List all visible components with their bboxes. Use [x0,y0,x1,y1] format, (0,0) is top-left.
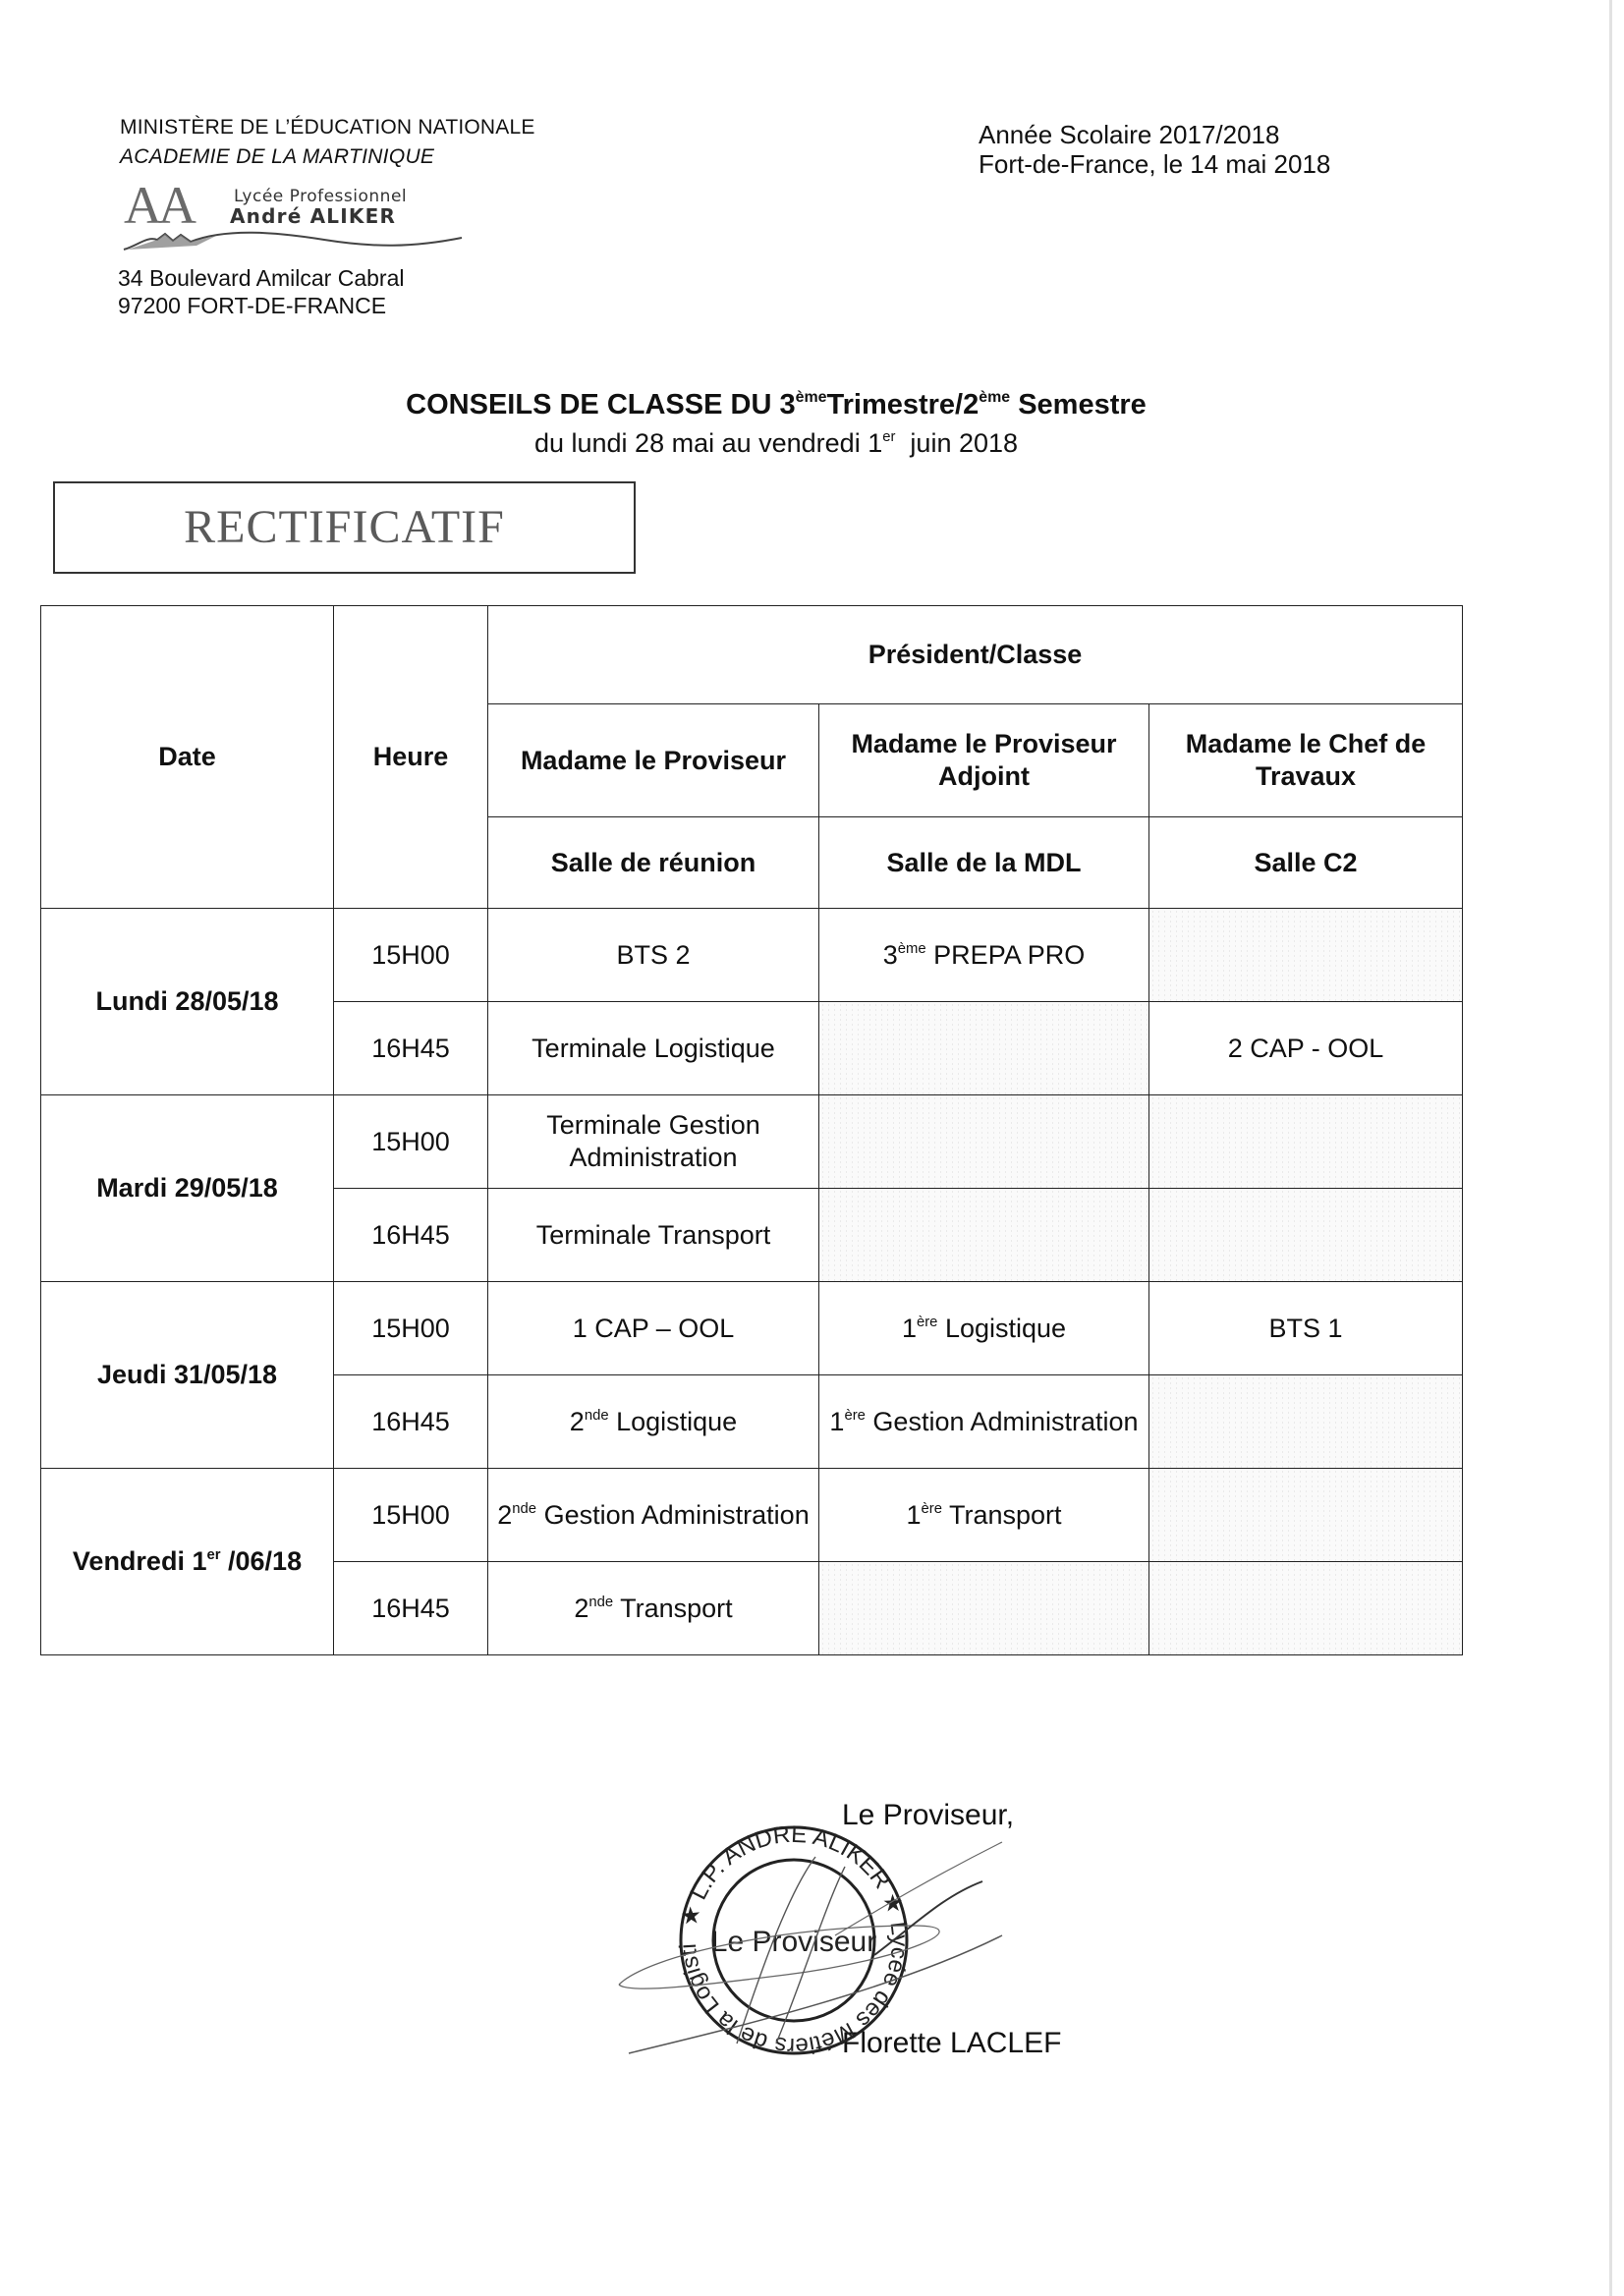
document-title: CONSEILS DE CLASSE DU 3èmeTrimestre/2ème… [0,389,1552,421]
empty-class-cell [819,1562,1149,1655]
empty-class-cell [1149,1375,1463,1469]
rectificatif-box: RECTIFICATIF [53,481,636,574]
document-subtitle: du lundi 28 mai au vendredi 1er juin 201… [0,428,1552,459]
class-cell: BTS 2 [488,909,819,1002]
table-row: Jeudi 31/05/1815H001 CAP – OOL1ère Logis… [41,1282,1463,1375]
class-cell: 1ère Transport [819,1469,1149,1562]
day-cell: Jeudi 31/05/18 [41,1282,334,1469]
class-cell: Terminale Transport [488,1189,819,1282]
class-cell: 1ère Logistique [819,1282,1149,1375]
day-cell: Mardi 29/05/18 [41,1095,334,1282]
class-cell: 1ère Gestion Administration [819,1375,1149,1469]
header-room-2: Salle de la MDL [819,817,1149,909]
class-cell: 2nde Gestion Administration [488,1469,819,1562]
class-cell: Terminale Logistique [488,1002,819,1095]
official-seal-icon: ★ L.P. ANDRE ALIKER ★ Lycée des Métiers … [589,1788,1061,2083]
class-cell: BTS 1 [1149,1282,1463,1375]
school-year: Année Scolaire 2017/2018 [979,120,1279,150]
table-header-row: Date Heure Président/Classe [41,606,1463,704]
time-cell: 16H45 [334,1375,488,1469]
empty-class-cell [1149,1562,1463,1655]
empty-class-cell [1149,909,1463,1002]
class-cell: 1 CAP – OOL [488,1282,819,1375]
empty-class-cell [1149,1469,1463,1562]
svg-text:★ L.P. ANDRE ALIKER ★ Lycée de: ★ L.P. ANDRE ALIKER ★ Lycée des Métiers … [589,1788,913,2059]
class-cell: Terminale Gestion Administration [488,1095,819,1189]
address-city: 97200 FORT-DE-FRANCE [118,293,386,319]
header-date: Date [41,606,334,909]
rectificatif-label: RECTIFICATIF [55,500,634,554]
seal-center-text: Le Proviseur [711,1926,876,1958]
header-president-classe: Président/Classe [488,606,1463,704]
scan-edge-artifact [1609,0,1612,2296]
schedule-table: Date Heure Président/Classe Madame le Pr… [40,605,1463,1655]
logo-line1: Lycée Professionnel [234,187,407,206]
class-cell: 2nde Transport [488,1562,819,1655]
school-logo: AA Lycée Professionnel André ALIKER [118,181,472,255]
header-heure: Heure [334,606,488,909]
time-cell: 16H45 [334,1189,488,1282]
empty-class-cell [1149,1189,1463,1282]
table-row: Mardi 29/05/1815H00Terminale Gestion Adm… [41,1095,1463,1189]
ministry-name: MINISTÈRE DE L’ÉDUCATION NATIONALE [120,116,535,140]
seal-outer-text: ★ L.P. ANDRE ALIKER ★ Lycée des Métiers … [589,1788,913,2059]
academy-name: ACADEMIE DE LA MARTINIQUE [120,145,434,169]
empty-class-cell [819,1002,1149,1095]
header-president-3: Madame le Chef de Travaux [1149,704,1463,817]
time-cell: 16H45 [334,1002,488,1095]
header-room-1: Salle de réunion [488,817,819,909]
empty-class-cell [1149,1095,1463,1189]
time-cell: 15H00 [334,1282,488,1375]
class-cell: 2 CAP - OOL [1149,1002,1463,1095]
table-row: Lundi 28/05/1815H00BTS 23ème PREPA PRO [41,909,1463,1002]
place-date: Fort-de-France, le 14 mai 2018 [979,149,1330,180]
time-cell: 15H00 [334,1469,488,1562]
time-cell: 15H00 [334,909,488,1002]
table-row: Vendredi 1er /06/1815H002nde Gestion Adm… [41,1469,1463,1562]
day-cell: Lundi 28/05/18 [41,909,334,1095]
class-cell: 2nde Logistique [488,1375,819,1469]
header-president-1: Madame le Proviseur [488,704,819,817]
header-room-3: Salle C2 [1149,817,1463,909]
day-cell: Vendredi 1er /06/18 [41,1469,334,1655]
logo-line2: André ALIKER [230,204,396,228]
time-cell: 16H45 [334,1562,488,1655]
address-street: 34 Boulevard Amilcar Cabral [118,265,404,292]
class-cell: 3ème PREPA PRO [819,909,1149,1002]
time-cell: 15H00 [334,1095,488,1189]
empty-class-cell [819,1189,1149,1282]
mountain-wave-icon [118,226,472,255]
empty-class-cell [819,1095,1149,1189]
header-president-2: Madame le Proviseur Adjoint [819,704,1149,817]
